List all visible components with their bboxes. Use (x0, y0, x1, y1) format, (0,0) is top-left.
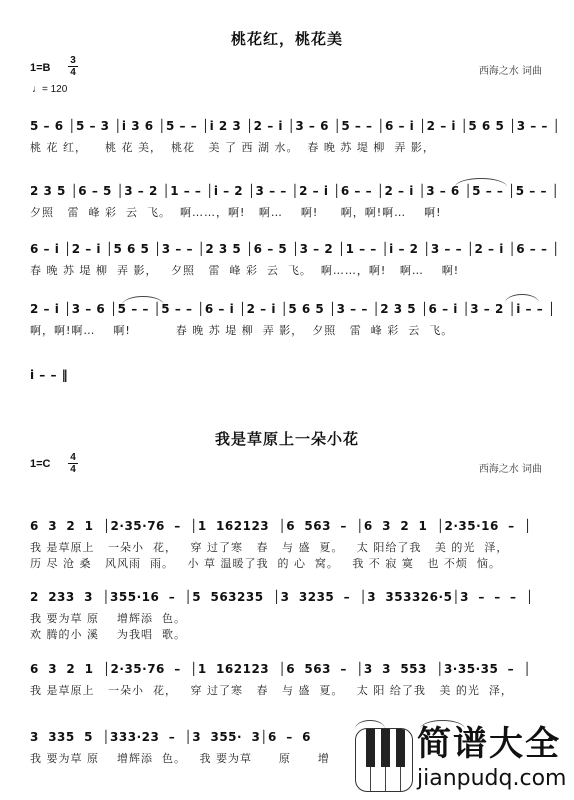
song1-row4-notes: 2 – i │3 – 6 │5 – – │5 – – │6 – i │2 – i… (30, 302, 556, 316)
song2-row4-notes: 3 335 5 │333·23 – │3 355· 3│6 – 6 (30, 730, 311, 744)
song2-row1-lyrics-v2: 历 尽 沧 桑 风风雨 雨。 小 草 温暖了我 的 心 窝。 我 不 寂 寞 也… (30, 555, 501, 571)
song1-row5-notes: i – – ‖ (30, 368, 68, 382)
song1-row3-lyrics: 春 晚 苏 堤 柳 弄 影， 夕照 雷 峰 彩 云 飞。 啊……，啊! 啊… 啊… (30, 262, 459, 278)
tempo-value: = 120 (42, 84, 67, 95)
time-sig-bottom: 4 (68, 68, 78, 77)
watermark-url: jianpudq.com (417, 766, 566, 792)
song2-row3-notes: 6 3 2 1 │2·35·76 – │1 162123 │6 563 – │3… (30, 662, 531, 676)
song2-row3-lyrics: 我 是草原上 一朵小 花， 穿 过了寒 春 与 盛 夏。 太 阳 给了我 美 的… (30, 682, 513, 698)
song2-row2-lyrics-v2: 欢 腾的小 溪 为我唱 歌。 (30, 626, 186, 642)
song2-row4-lyrics: 我 要为草 原 增辉添 色。 我 要为草 原 增 (30, 750, 330, 766)
piano-keys-icon (355, 728, 413, 792)
song1-row3-notes: 6 – i │2 – i │5 6 5 │3 – – │2 3 5 │6 – 5… (30, 242, 560, 256)
slur-mark (505, 294, 539, 303)
song2-row1-lyrics-v1: 我 是草原上 一朵小 花， 穿 过了寒 春 与 盛 夏。 太 阳给了我 美 的光… (30, 539, 508, 555)
song2-row1-notes: 6 3 2 1 │2·35·76 – │1 162123 │6 563 – │6… (30, 519, 532, 533)
song2-row2-notes: 2 233 3 │355·16 – │5 563235 │3 3235 – │3… (30, 590, 534, 604)
slur-mark (455, 178, 507, 187)
song2-key: 1=C (30, 458, 51, 470)
song2-credit: 西海之水 词曲 (479, 460, 542, 475)
watermark-name: 简谱大全 (417, 724, 561, 764)
slur-mark (122, 296, 164, 305)
song1-credit: 西海之水 词曲 (479, 62, 542, 77)
song2-title: 我是草原上一朵小花 (0, 428, 574, 449)
song1-row1-notes: 5 – 6 │5 – 3 │i 3 6 │5 – – │i 2 3 │2 – i… (30, 119, 560, 133)
song1-tempo: ♩= 120 (32, 84, 67, 95)
time-sig-top: 4 (68, 453, 78, 462)
song1-row4-lyrics: 啊，啊!啊… 啊! 春 晚 苏 堤 柳 弄 影， 夕照 雷 峰 彩 云 飞。 (30, 322, 453, 338)
time-sig-top: 3 (68, 56, 78, 65)
quarter-note-icon: ♩ (32, 84, 42, 95)
song1-time-signature: 3 4 (68, 56, 78, 77)
watermark-logo: 简谱大全 jianpudq.com (355, 722, 570, 794)
song1-key: 1=B (30, 62, 51, 74)
song1-row2-lyrics: 夕照 雷 峰 彩 云 飞。 啊……，啊! 啊… 啊! 啊，啊!啊… 啊! (30, 204, 442, 220)
song1-title: 桃花红，桃花美 (0, 28, 574, 49)
time-sig-bottom: 4 (68, 465, 78, 474)
song2-time-signature: 4 4 (68, 453, 78, 474)
song1-row1-lyrics: 桃 花 红， 桃 花 美， 桃花 美 了 西 湖 水。 春 晚 苏 堤 柳 弄 … (30, 139, 435, 155)
song2-row2-lyrics-v1: 我 要为草 原 增辉添 色。 (30, 610, 186, 626)
